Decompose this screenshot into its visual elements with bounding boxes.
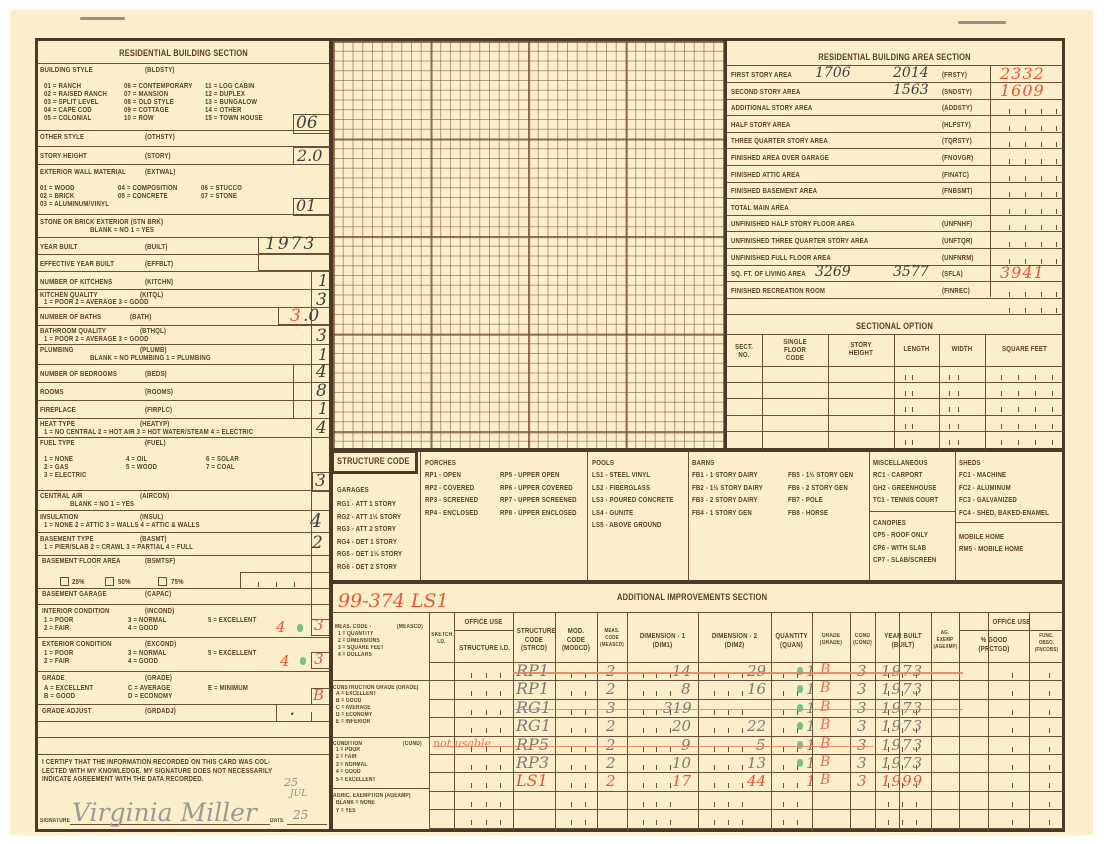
code-item: RG6 - DET 2 STORY — [337, 563, 397, 571]
code-item: RG3 - ATT 2 STORY — [337, 525, 396, 533]
code-item: RP8 - UPPER ENCLOSED — [500, 509, 577, 517]
code-item: RM5 - MOBILE HOME — [959, 545, 1023, 553]
staple-mark — [80, 17, 125, 20]
legend-item: 1 = POOR — [336, 747, 360, 754]
option-text: 5 = EXCELLENT — [208, 616, 256, 624]
area-row-label: UNFINISHED FULL FLOOR AREA — [731, 254, 831, 262]
code-item: RP6 - UPPER COVERED — [500, 484, 573, 492]
code-item: RP4 - ENCLOSED — [425, 509, 478, 517]
option-text: 4 = GOOD — [128, 657, 158, 665]
code-item: RG1 - ATT 1 STORY — [337, 500, 396, 508]
legend-item: 3 = SQUARE FEET — [338, 645, 384, 652]
area-row-label: UNFINISHED THREE QUARTER STORY AREA — [731, 237, 868, 245]
legend-item: C = AVERAGE — [336, 705, 371, 712]
option-text: INDICATE AGREEMENT WITH THE DATA RECORDE… — [42, 775, 204, 783]
code-group-title: PORCHES — [425, 459, 456, 467]
area-row-code: (UNFNHF) — [942, 220, 972, 228]
effective-year-field[interactable] — [258, 254, 331, 271]
option-text: 4 = GOOD — [128, 624, 158, 632]
legend-item: 5 = EXCELLENT — [336, 777, 376, 784]
code-item: GH2 - GREENHOUSE — [873, 484, 937, 492]
code-item: CP6 - WITH SLAB — [873, 544, 926, 552]
legend-item: 2 = DIMENSIONS — [338, 638, 380, 645]
area-row-code: (UNFTQR) — [942, 237, 973, 245]
legend-item: E = INFERIOR — [336, 719, 370, 726]
code-item: RP2 - COVERED — [425, 484, 474, 492]
code-item: FB2 - 1½ STORY DAIRY — [692, 484, 763, 492]
legend-item: 1 = QUANTITY — [338, 631, 373, 638]
area-row-label: HALF STORY AREA — [731, 121, 790, 129]
code-item: LS1 - STEEL VINYL — [592, 471, 650, 479]
code-item: LS3 - POURED CONCRETE — [592, 496, 674, 504]
area-row-label: FINISHED ATTIC AREA — [731, 171, 800, 179]
improvements-header: (STRCD) — [517, 644, 551, 652]
improvements-header: COND — [852, 633, 873, 640]
code-item: RP5 - UPPER OPEN — [500, 471, 560, 479]
area-row-label: SQ. FT. OF LIVING AREA — [731, 270, 806, 278]
area-row-label: FINISHED RECREATION ROOM — [731, 287, 825, 295]
code-item: RC1 - CARPORT — [873, 471, 923, 479]
area-row-label: FINISHED BASEMENT AREA — [731, 187, 817, 195]
improvements-header: (PRCTGD) — [965, 645, 1022, 653]
checkbox-25[interactable] — [60, 577, 69, 586]
sectional-header: LENGTH — [898, 345, 935, 353]
improvements-header: STRUCTURE I.D. — [459, 644, 507, 652]
code-item: LS2 - FIBERGLASS — [592, 484, 650, 492]
code-item: TC1 - TENNIS COURT — [873, 496, 938, 504]
basement-area-field[interactable] — [240, 572, 331, 588]
option-text: 10 = ROW — [124, 114, 154, 122]
option-text: 07 = STONE — [201, 192, 237, 200]
area-row-code: (SFLA) — [942, 270, 963, 278]
signature: Virginia Miller — [72, 798, 257, 827]
improvements-header: I.D. — [431, 639, 452, 646]
option-text: 5 = EXCELLENT — [208, 649, 256, 657]
improvements-header: EXEMP — [934, 637, 957, 644]
code-item: FC3 - GALVANIZED — [959, 496, 1017, 504]
legend-item: B = GOOD — [336, 698, 362, 705]
sketch-grid[interactable] — [333, 41, 724, 448]
option-text: 05 = COLONIAL — [44, 114, 91, 122]
sectional-header: CODE — [768, 354, 822, 362]
improvements-header: AG. — [934, 630, 957, 637]
improvements-header: (DIM2) — [705, 641, 765, 649]
area-row-code: (FNBSMT) — [942, 187, 973, 195]
improvements-header: OBSO. — [1032, 640, 1061, 647]
sectional-header: SQUARE FEET — [992, 345, 1057, 353]
area-row-code: (FNOVGR) — [942, 154, 973, 162]
legend-item: 4 = GOOD — [336, 769, 361, 776]
improvements-header: OFFICE USE — [459, 618, 507, 626]
improvement-row[interactable] — [430, 791, 1064, 809]
area-row-code: (TQRSTY) — [942, 137, 972, 145]
option-text: 2 = FAIR — [44, 657, 69, 665]
improvements-header: CODE — [600, 635, 625, 642]
code-item: FC4 - SHED, BAKED-ENAMEL — [959, 509, 1049, 517]
code-item: LS4 - GUNITE — [592, 509, 633, 517]
code-item: LS5 - ABOVE GROUND — [592, 521, 661, 529]
code-group-title: GARAGES — [337, 486, 369, 494]
code-item: FC1 - MACHINE — [959, 471, 1006, 479]
checkbox-75[interactable] — [158, 577, 167, 586]
improvements-header: (DIM1) — [633, 641, 691, 649]
improvements-header: (COND) — [852, 640, 873, 647]
grade-adjust-field[interactable] — [276, 704, 331, 721]
code-group-title: CANOPIES — [873, 519, 906, 527]
area-row-code: (SNDSTY) — [942, 88, 972, 96]
code-group-title: MOBILE HOME — [959, 533, 1004, 541]
option-text: 15 = TOWN HOUSE — [205, 114, 263, 122]
area-row-code: (HLFSTY) — [942, 121, 971, 129]
area-row-label: ADDITIONAL STORY AREA — [731, 104, 812, 112]
improvements-header: (MEASCD) — [600, 642, 625, 649]
code-item: CP5 - ROOF ONLY — [873, 531, 928, 539]
code-item: FC2 - ALUMINUM — [959, 484, 1011, 492]
improvements-header: (FNCOBS) — [1032, 647, 1061, 654]
legend-item: 2 = FAIR — [336, 754, 357, 761]
option-text: 7 = COAL — [206, 463, 235, 471]
improvements-header: FUNC. — [1032, 633, 1061, 640]
improvements-header: (BUILT) — [880, 641, 926, 649]
legend-item: A = EXCELLENT — [336, 691, 376, 698]
code-item: RP3 - SCREENED — [425, 496, 478, 504]
improvements-header: (GRADE) — [815, 640, 846, 647]
area-row-label: THREE QUARTER STORY AREA — [731, 137, 828, 145]
option-text: 2 = FAIR — [44, 624, 69, 632]
code-item: FB6 - 2 STORY GEN — [788, 484, 848, 492]
code-group-title: BARNS — [692, 459, 714, 467]
section-title: RESIDENTIAL BUILDING SECTION — [62, 48, 306, 59]
option-text: 5 = WOOD — [126, 463, 157, 471]
legend-item: D = ECONOMY — [336, 712, 372, 719]
staple-mark — [958, 21, 1006, 24]
option-text: B = GOOD — [44, 692, 75, 700]
sectional-header: WIDTH — [943, 345, 981, 353]
option-text: D = ECONOMY — [128, 692, 172, 700]
sectional-header: HEIGHT — [834, 349, 888, 357]
area-row-label: FIRST STORY AREA — [731, 71, 792, 79]
code-item: RG2 - ATT 1½ STORY — [337, 513, 401, 521]
option-text: 05 = CONCRETE — [118, 192, 168, 200]
area-row[interactable] — [726, 298, 1064, 314]
code-item: FB5 - 1½ STORY GEN — [788, 471, 853, 479]
code-item: FB8 - HORSE — [788, 509, 828, 517]
area-row-label: SECOND STORY AREA — [731, 88, 800, 96]
improvements-header: (MODCD) — [559, 644, 593, 652]
improvement-row[interactable] — [430, 809, 1064, 827]
code-group-title: MISCELLANEOUS — [873, 459, 928, 467]
legend-item: BLANK = NONE — [336, 800, 375, 807]
area-row-code: (UNFNRM) — [942, 254, 974, 262]
code-item: RG4 - DET 1 STORY — [337, 538, 397, 546]
option-text: E = MINIMUM — [208, 684, 248, 692]
building-style-label: BUILDING STYLE — [40, 66, 93, 74]
area-row-code: (FINREC) — [942, 287, 970, 295]
sectional-header: NO. — [729, 351, 759, 359]
area-row-code: (ADDSTY) — [942, 104, 972, 112]
improvements-header: MEAS. — [600, 628, 625, 635]
code-group-title: SHEDS — [959, 459, 981, 467]
option-text: 3 = ELECTRIC — [44, 471, 87, 479]
improvements-header: OFFICE USE — [968, 618, 1054, 626]
code-item: RP7 - UPPER SCREENED — [500, 496, 577, 504]
permit-note: 99-374 LS1 — [338, 590, 449, 612]
code-item: RG5 - DET 1½ STORY — [337, 550, 402, 558]
area-row-code: (FINATC) — [942, 171, 969, 179]
code-item: RP1 - OPEN — [425, 471, 461, 479]
checkbox-50[interactable] — [105, 577, 114, 586]
improvements-header: (AGEXMP) — [934, 644, 957, 651]
legend-item: Y = YES — [336, 808, 356, 815]
code-item: FB1 - 1 STORY DAIRY — [692, 471, 758, 479]
legend-item: 4 = DOLLARS — [338, 652, 372, 659]
improvements-header: (QUAN) — [775, 641, 809, 649]
area-row-label: TOTAL MAIN AREA — [731, 204, 789, 212]
area-row-label: FINISHED AREA OVER GARAGE — [731, 154, 829, 162]
option-text: 03 = ALUMINUM/VINYL — [40, 200, 109, 208]
improvements-header: SKETCH — [431, 632, 452, 639]
code-item: FB3 - 2 STORY DAIRY — [692, 496, 758, 504]
area-row-label: UNFINISHED HALF STORY FLOOR AREA — [731, 220, 855, 228]
code-item: CP7 - SLAB/SCREEN — [873, 556, 936, 564]
code-item: FB7 - POLE — [788, 496, 823, 504]
improvements-header: GRADE — [815, 633, 846, 640]
code-group-title: POOLS — [592, 459, 614, 467]
code-item: FB4 - 1 STORY GEN — [692, 509, 752, 517]
area-row-code: (FRSTY) — [942, 71, 967, 79]
legend-item: 3 = NORMAL — [336, 762, 368, 769]
